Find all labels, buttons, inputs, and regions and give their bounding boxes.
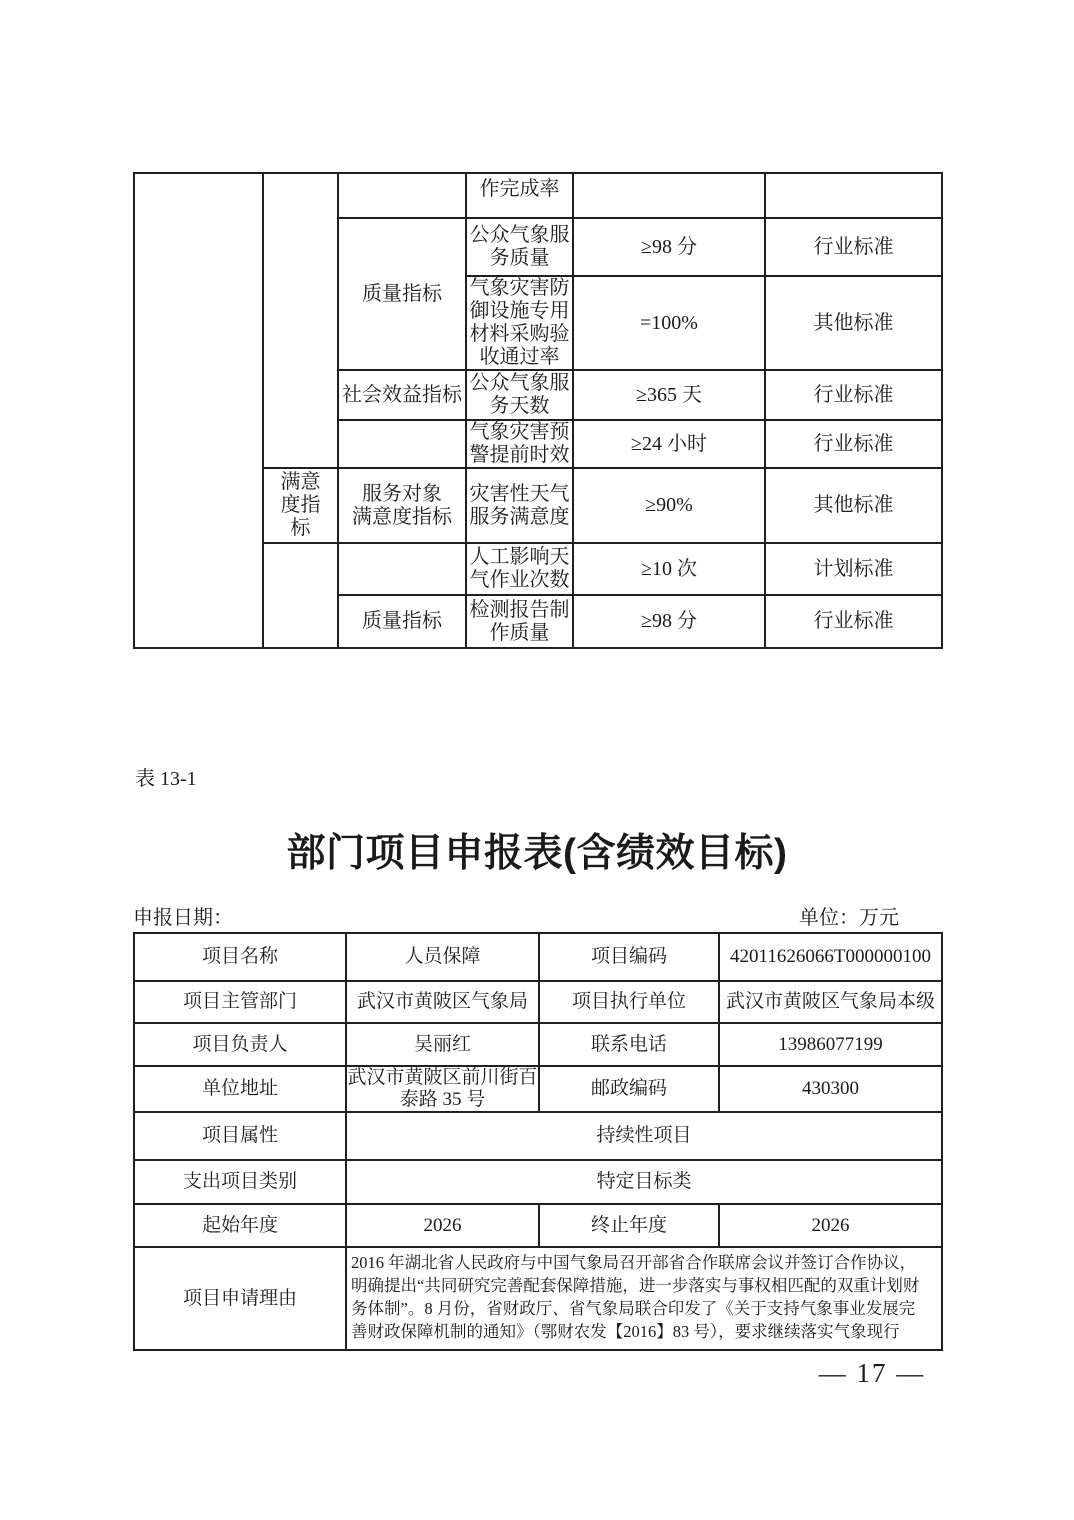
form-label-project-name: 项目名称 [134,933,346,981]
perf-cell-target: ≥365 天 [573,370,765,420]
perf-cell-target: =100% [573,276,765,370]
perf-cell-blank-group [263,543,338,648]
form-value-project-name: 人员保障 [346,933,539,981]
form-label-project-attribute: 项目属性 [134,1112,346,1160]
perf-cell-target: ≥98 分 [573,595,765,648]
perf-cell-category [338,173,466,218]
perf-cell-blank-left [134,173,263,648]
form-label-phone: 联系电话 [539,1023,719,1066]
form-label-competent-dept: 项目主管部门 [134,981,346,1023]
form-title: 部门项目申报表(含绩效目标) [133,822,941,878]
perf-cell-indicator: 公众气象服 务天数 [466,370,573,420]
page-number: — 17 — [772,1358,972,1389]
perf-cell-standard: 计划标准 [765,543,942,595]
perf-cell-target [573,173,765,218]
perf-cell-indicator: 气象灾害预 警提前时效 [466,420,573,468]
project-application-table: 项目名称 人员保障 项目编码 42011626066T000000100 项目主… [133,932,943,1351]
perf-cell-standard: 行业标准 [765,420,942,468]
form-meta-row: 申报日期： 单位：万元 [133,901,941,930]
perf-cell-blank-group [263,173,338,468]
perf-cell-category: 服务对象 满意度指标 [338,468,466,543]
perf-cell-indicator: 作完成率 [466,173,573,218]
form-value-project-attribute: 持续性项目 [346,1112,942,1160]
form-label-start-year: 起始年度 [134,1204,346,1247]
perf-cell-target: ≥90% [573,468,765,543]
perf-cell-category [338,420,466,468]
form-value-competent-dept: 武汉市黄陂区气象局 [346,981,539,1023]
form-label-project-code: 项目编码 [539,933,719,981]
table-caption: 表 13-1 [135,762,197,791]
document-page: 作完成率 质量指标 公众气象服 务质量 ≥98 分 行业标准 气象灾害防 御设施… [0,0,1074,1520]
perf-cell-target: ≥98 分 [573,218,765,276]
perf-cell-standard: 行业标准 [765,218,942,276]
perf-cell-category: 社会效益指标 [338,370,466,420]
form-value-expense-category: 特定目标类 [346,1160,942,1204]
perf-cell-indicator: 人工影响天 气作业次数 [466,543,573,595]
unit-label: 单位：万元 [799,901,941,930]
form-label-application-reason: 项目申请理由 [134,1247,346,1350]
perf-cell-category: 质量指标 [338,595,466,648]
form-label-expense-category: 支出项目类别 [134,1160,346,1204]
form-value-postcode: 430300 [719,1066,942,1112]
form-label-postcode: 邮政编码 [539,1066,719,1112]
form-value-executing-unit: 武汉市黄陂区气象局本级 [719,981,942,1023]
form-value-end-year: 2026 [719,1204,942,1247]
form-label-executing-unit: 项目执行单位 [539,981,719,1023]
form-value-application-reason: 2016 年湖北省人民政府与中国气象局召开部省合作联席会议并签订合作协议， 明确… [346,1247,942,1350]
form-label-end-year: 终止年度 [539,1204,719,1247]
form-value-start-year: 2026 [346,1204,539,1247]
performance-indicator-table: 作完成率 质量指标 公众气象服 务质量 ≥98 分 行业标准 气象灾害防 御设施… [133,172,943,649]
perf-cell-standard [765,173,942,218]
perf-cell-indicator: 灾害性天气 服务满意度 [466,468,573,543]
perf-cell-indicator: 公众气象服 务质量 [466,218,573,276]
perf-cell-target: ≥24 小时 [573,420,765,468]
perf-cell-standard: 其他标准 [765,468,942,543]
perf-cell-group: 满意 度指 标 [263,468,338,543]
form-label-address: 单位地址 [134,1066,346,1112]
perf-cell-target: ≥10 次 [573,543,765,595]
perf-cell-standard: 行业标准 [765,370,942,420]
declare-date-label: 申报日期： [133,901,233,930]
form-label-project-leader: 项目负责人 [134,1023,346,1066]
form-value-phone: 13986077199 [719,1023,942,1066]
perf-cell-indicator: 检测报告制 作质量 [466,595,573,648]
perf-cell-category: 质量指标 [338,218,466,370]
form-value-project-code: 42011626066T000000100 [719,933,942,981]
perf-cell-standard: 其他标准 [765,276,942,370]
perf-cell-indicator: 气象灾害防 御设施专用 材料采购验 收通过率 [466,276,573,370]
form-value-project-leader: 吴丽红 [346,1023,539,1066]
form-value-address: 武汉市黄陂区前川街百 泰路 35 号 [346,1066,539,1112]
perf-cell-category [338,543,466,595]
perf-cell-standard: 行业标准 [765,595,942,648]
